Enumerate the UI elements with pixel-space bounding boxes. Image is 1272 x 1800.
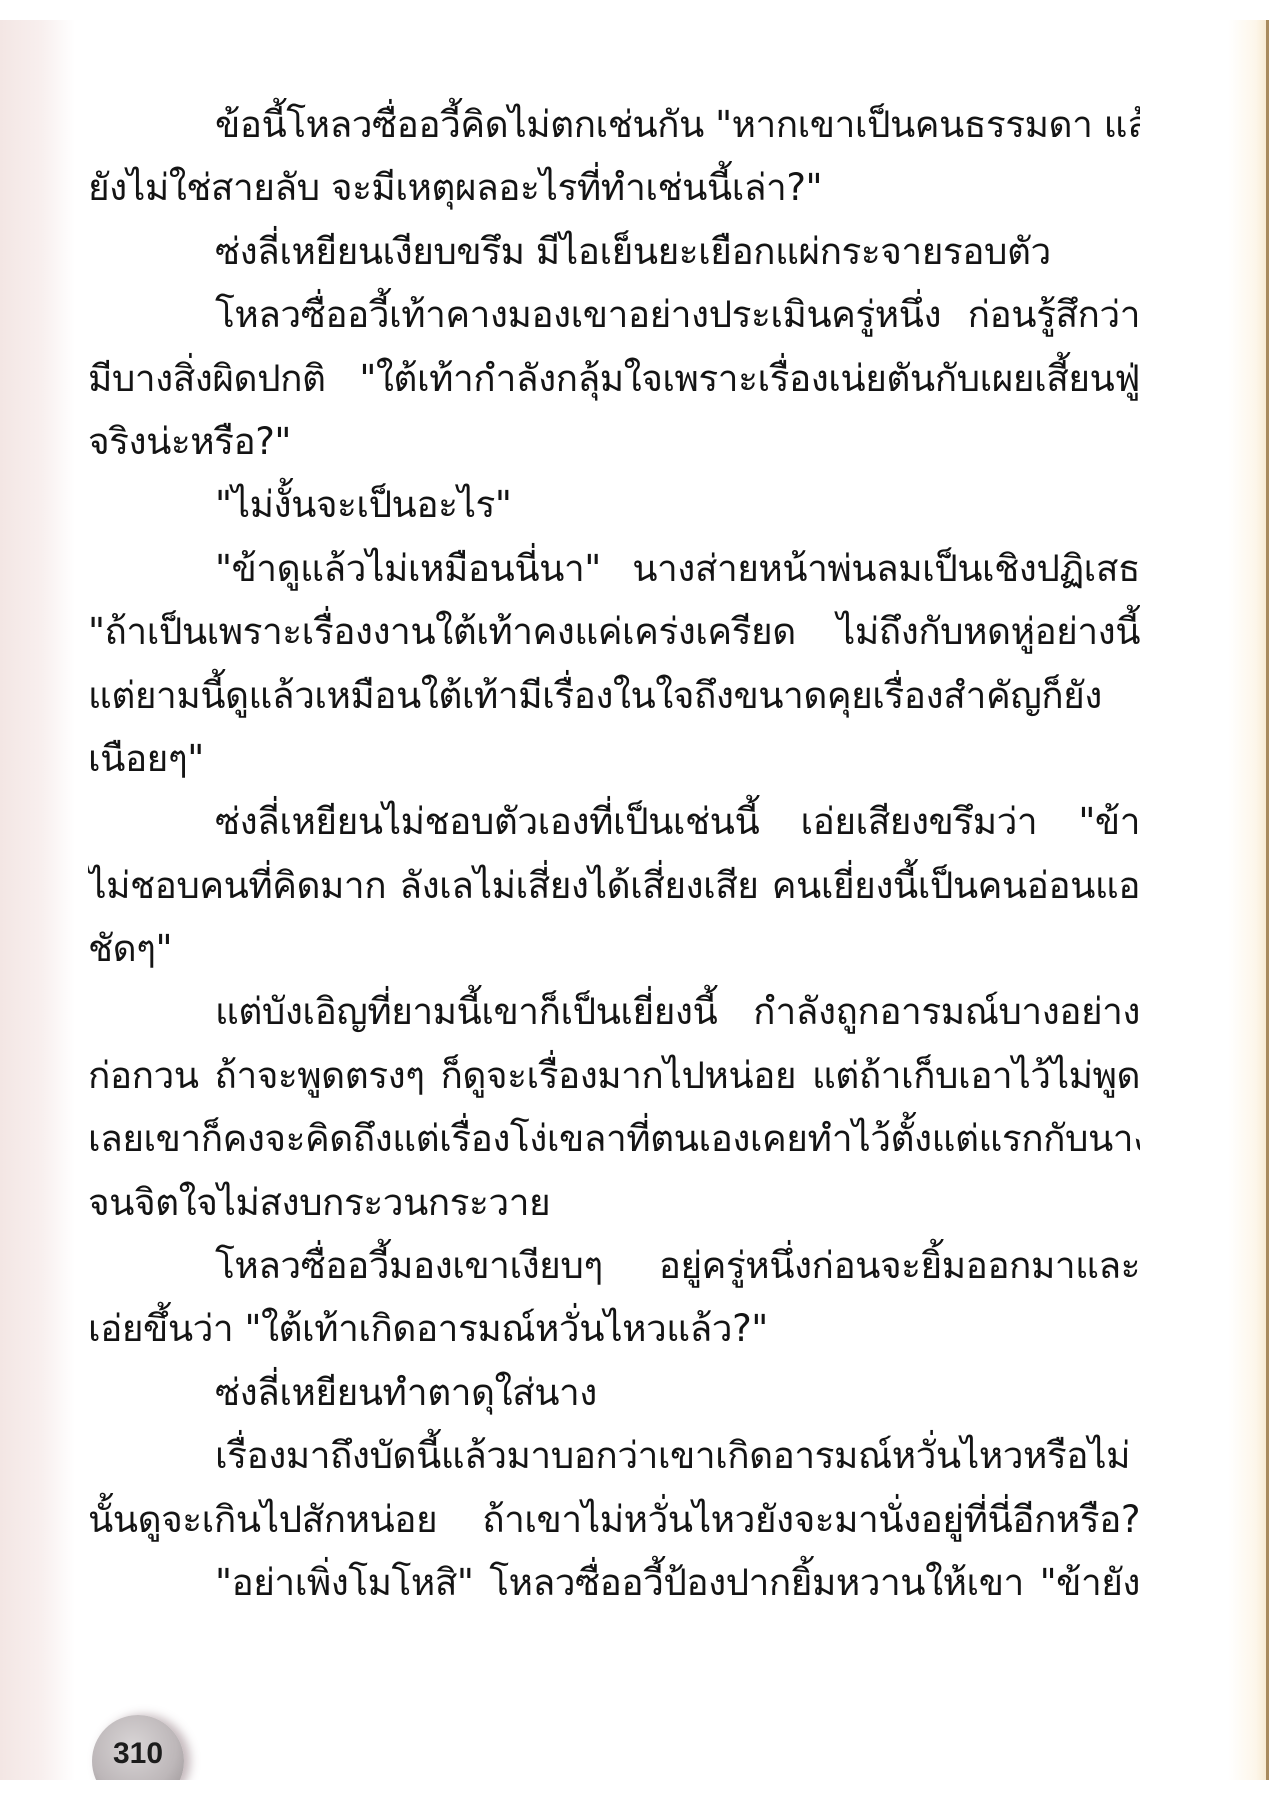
text-line: ชัดๆ" (88, 917, 1140, 980)
body-text: ข้อนี้โหลวซื่ออวี้คิดไม่ตกเช่นกัน "หากเข… (88, 93, 1140, 1614)
page-spine-shading (1228, 20, 1268, 1780)
text-line: ยังไม่ใช่สายลับ จะมีเหตุผลอะไรที่ทำเช่นน… (88, 156, 1140, 219)
text-line: ไม่ชอบคนที่คิดมาก ลังเลไม่เสี่ยงได้เสี่ย… (88, 854, 1140, 917)
page-left-edge-shading (0, 20, 75, 1780)
text-line: โหลวซื่ออวี้เท้าคางมองเขาอย่างประเมินครู… (88, 283, 1140, 346)
text-line: ข้อนี้โหลวซื่ออวี้คิดไม่ตกเช่นกัน "หากเข… (88, 93, 1140, 156)
page-number: 310 (92, 1737, 184, 1771)
text-line: แต่ยามนี้ดูแล้วเหมือนใต้เท้ามีเรื่องในใจ… (88, 664, 1140, 727)
text-line: ซ่งลี่เหยียนทำตาดุใส่นาง (88, 1361, 1140, 1424)
text-line: จริงน่ะหรือ?" (88, 410, 1140, 473)
book-spine-line (1266, 20, 1269, 1780)
text-line: "ข้าดูแล้วไม่เหมือนนี่นา" นางส่ายหน้าพ่น… (88, 537, 1140, 600)
text-line: โหลวซื่ออวี้มองเขาเงียบๆ อยู่ครู่หนึ่งก่… (88, 1234, 1140, 1297)
text-line: ซ่งลี่เหยียนไม่ชอบตัวเองที่เป็นเช่นนี้ เ… (88, 790, 1140, 853)
text-line: เลยเขาก็คงจะคิดถึงแต่เรื่องโง่เขลาที่ตนเ… (88, 1107, 1140, 1170)
text-line: จนจิตใจไม่สงบกระวนกระวาย (88, 1171, 1140, 1234)
text-line: มีบางสิ่งผิดปกติ "ใต้เท้ากำลังกลุ้มใจเพร… (88, 347, 1140, 410)
page-bottom-edge (0, 1780, 1272, 1800)
text-line: เรื่องมาถึงบัดนี้แล้วมาบอกว่าเขาเกิดอารม… (88, 1424, 1140, 1487)
text-line: เนือยๆ" (88, 727, 1140, 790)
text-line: "ถ้าเป็นเพราะเรื่องงานใต้เท้าคงแค่เคร่งเ… (88, 600, 1140, 663)
text-line: "ไม่งั้นจะเป็นอะไร" (88, 473, 1140, 536)
text-line: ก่อกวน ถ้าจะพูดตรงๆ ก็ดูจะเรื่องมากไปหน่… (88, 1044, 1140, 1107)
text-line: ซ่งลี่เหยียนเงียบขรึม มีไอเย็นยะเยือกแผ่… (88, 220, 1140, 283)
text-line: "อย่าเพิ่งโมโหสิ" โหลวซื่ออวี้ป้องปากยิ้… (88, 1551, 1140, 1614)
text-line: เอ่ยขึ้นว่า "ใต้เท้าเกิดอารมณ์หวั่นไหวแล… (88, 1297, 1140, 1360)
text-line: นั้นดูจะเกินไปสักหน่อย ถ้าเขาไม่หวั่นไหว… (88, 1488, 1140, 1551)
text-line: แต่บังเอิญที่ยามนี้เขาก็เป็นเยี่ยงนี้ กำ… (88, 980, 1140, 1043)
